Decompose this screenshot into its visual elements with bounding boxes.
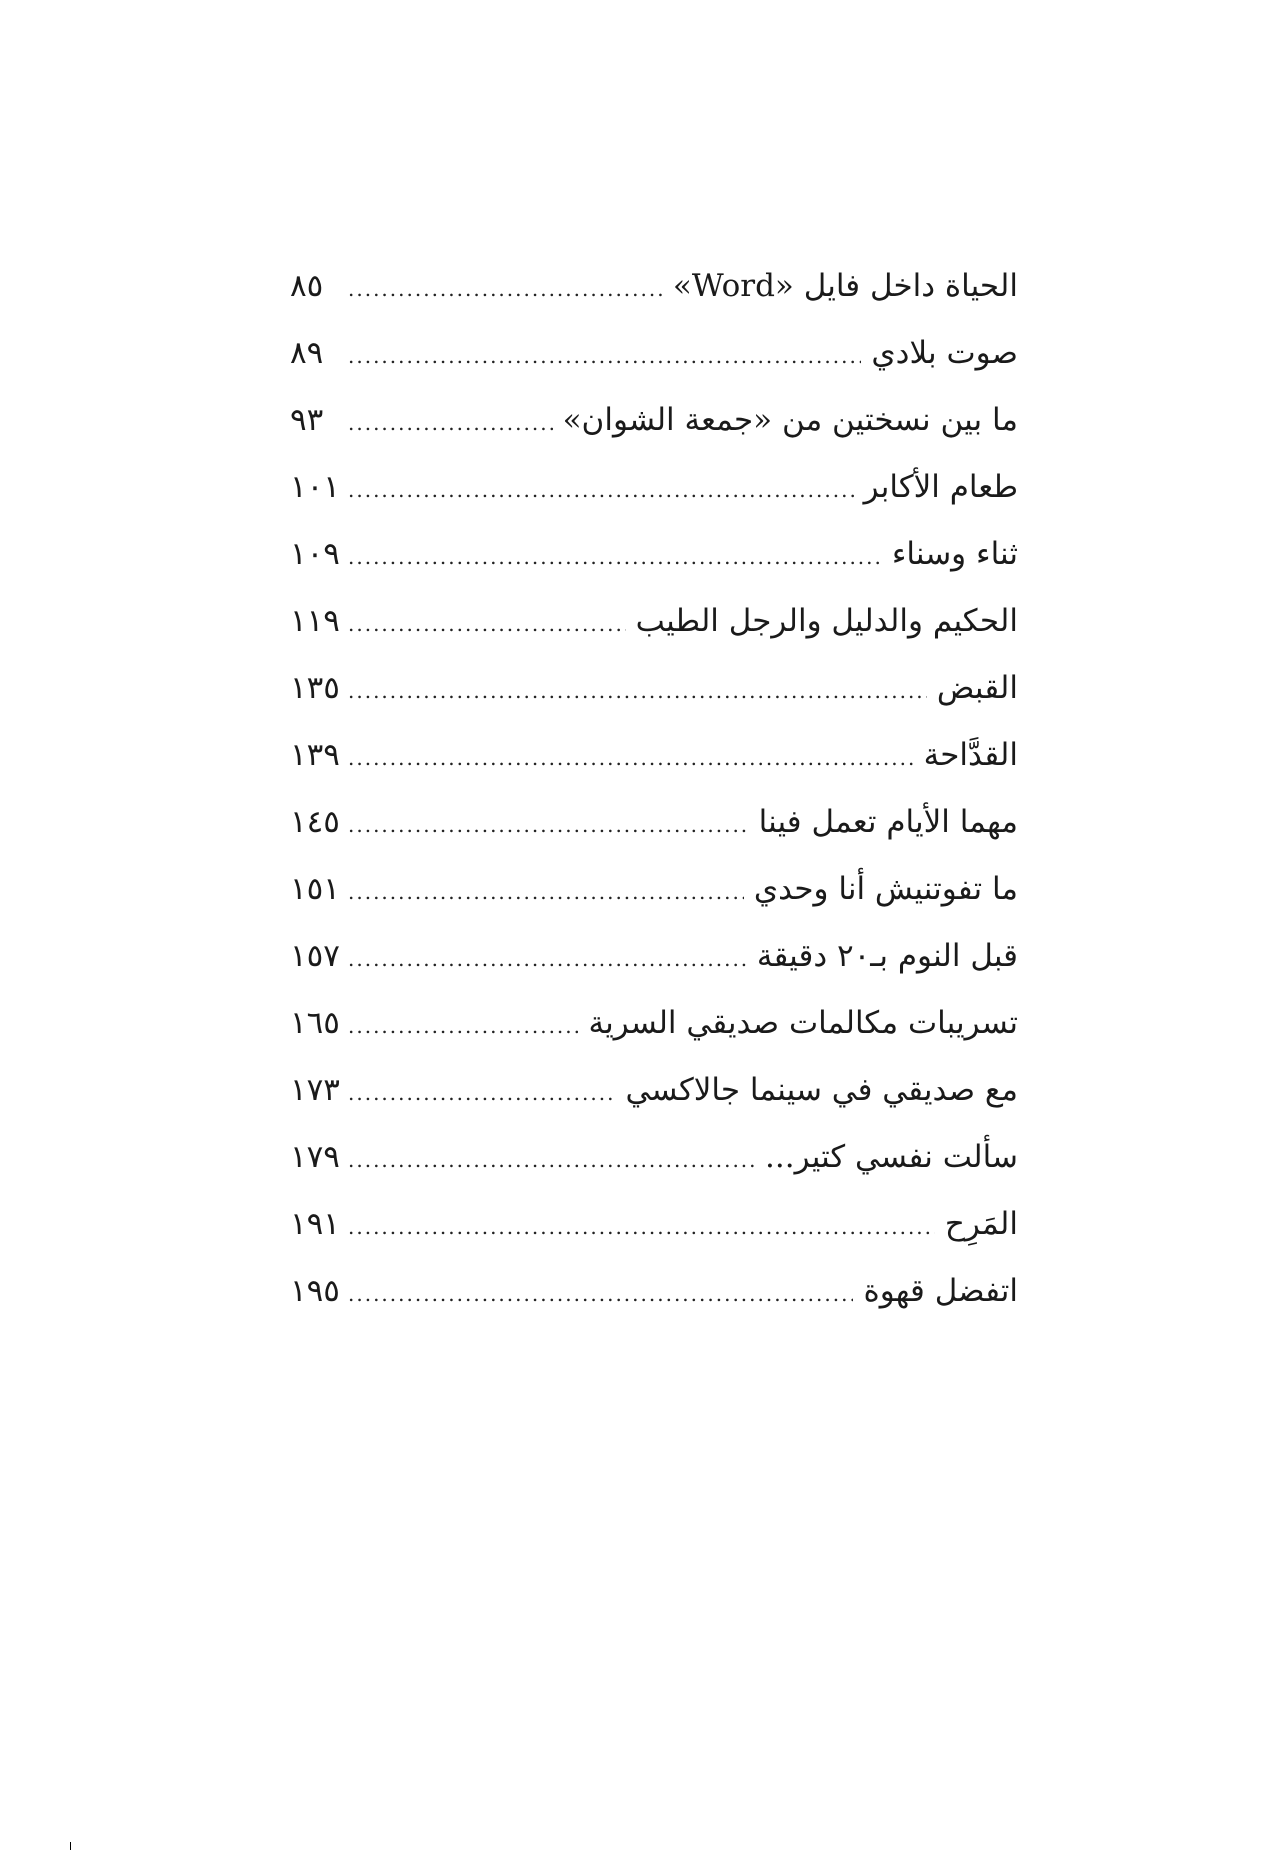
- toc-entry-page: ١٩١: [290, 1194, 342, 1254]
- dot-leader: [348, 661, 927, 721]
- toc-entry-title: ثناء وسناء: [888, 524, 1018, 584]
- dot-leader: [348, 1264, 853, 1324]
- dot-leader: [348, 1063, 615, 1123]
- dot-leader: [348, 460, 854, 520]
- toc-entry-page: ١٥١: [290, 859, 342, 919]
- toc-entry-title: المَرِح: [941, 1194, 1018, 1254]
- dot-leader: [348, 862, 744, 922]
- dot-leader: [348, 795, 749, 855]
- dot-leader: [348, 996, 578, 1056]
- toc-entry-title: مهما الأيام تعمل فينا: [755, 792, 1018, 852]
- toc-entry-title: القبض: [933, 658, 1018, 718]
- dot-leader: [348, 259, 663, 319]
- toc-entry-title: الحكيم والدليل والرجل الطيب: [632, 591, 1018, 651]
- dot-leader: [348, 393, 553, 453]
- toc-entry[interactable]: ما بين نسختين من «جمعة الشوان» ٩٣: [290, 390, 1018, 457]
- toc-entry-page: ١٦٥: [290, 993, 342, 1053]
- toc-entry[interactable]: طعام الأكابر ١٠١: [290, 457, 1018, 524]
- toc-entry-page: ١٧٩: [290, 1127, 342, 1187]
- dot-leader: [348, 527, 882, 587]
- toc-entry[interactable]: مع صديقي في سينما جالاكسي ١٧٣: [290, 1060, 1018, 1127]
- toc-entry[interactable]: قبل النوم بـ٢٠ دقيقة ١٥٧: [290, 926, 1018, 993]
- toc-entry[interactable]: سألت نفسي كتير... ١٧٩: [290, 1127, 1018, 1194]
- toc-entry-page: ١٠٩: [290, 524, 342, 584]
- dot-leader: [348, 728, 914, 788]
- dot-leader: [348, 1130, 755, 1190]
- toc-entry-page: ٩٣: [290, 390, 342, 450]
- toc-entry-title: القدَّاحة: [920, 725, 1018, 785]
- toc-entry-title: تسريبات مكالمات صديقي السرية: [584, 993, 1018, 1053]
- toc-entry[interactable]: ثناء وسناء ١٠٩: [290, 524, 1018, 591]
- toc-entry[interactable]: القدَّاحة ١٣٩: [290, 725, 1018, 792]
- toc-entry-title: قبل النوم بـ٢٠ دقيقة: [753, 926, 1018, 986]
- toc-entry[interactable]: الحكيم والدليل والرجل الطيب ١١٩: [290, 591, 1018, 658]
- dot-leader: [348, 929, 747, 989]
- dot-leader: [348, 1197, 935, 1257]
- toc-entry-title: اتفضل قهوة: [859, 1261, 1018, 1321]
- toc-entry-page: ١٣٩: [290, 725, 342, 785]
- toc-entry-page: ١١٩: [290, 591, 342, 651]
- table-of-contents: الحياة داخل فايل «Word» ٨٥ صوت بلادي ٨٩ …: [290, 256, 1018, 1328]
- toc-entry-page: ١٥٧: [290, 926, 342, 986]
- dot-leader: [348, 594, 626, 654]
- toc-entry[interactable]: صوت بلادي ٨٩: [290, 323, 1018, 390]
- toc-entry[interactable]: اتفضل قهوة ١٩٥: [290, 1261, 1018, 1328]
- toc-entry-title: سألت نفسي كتير...: [761, 1127, 1018, 1187]
- toc-entry-title: صوت بلادي: [867, 323, 1018, 383]
- toc-entry-page: ٨٥: [290, 256, 342, 316]
- toc-entry[interactable]: المَرِح ١٩١: [290, 1194, 1018, 1261]
- toc-entry-title: الحياة داخل فايل «Word»: [669, 256, 1018, 316]
- toc-entry[interactable]: ما تفوتنيش أنا وحدي ١٥١: [290, 859, 1018, 926]
- toc-entry[interactable]: الحياة داخل فايل «Word» ٨٥: [290, 256, 1018, 323]
- toc-entry-page: ١٣٥: [290, 658, 342, 718]
- toc-entry-title: طعام الأكابر: [860, 457, 1018, 517]
- toc-entry-title: مع صديقي في سينما جالاكسي: [621, 1060, 1018, 1120]
- toc-entry[interactable]: مهما الأيام تعمل فينا ١٤٥: [290, 792, 1018, 859]
- toc-entry[interactable]: تسريبات مكالمات صديقي السرية ١٦٥: [290, 993, 1018, 1060]
- toc-entry-page: ١٠١: [290, 457, 342, 517]
- toc-entry-page: ٨٩: [290, 323, 342, 383]
- toc-entry-title: ما تفوتنيش أنا وحدي: [750, 859, 1018, 919]
- dot-leader: [348, 326, 861, 386]
- toc-entry-page: ١٧٣: [290, 1060, 342, 1120]
- crop-mark: [70, 1842, 71, 1850]
- toc-entry-page: ١٤٥: [290, 792, 342, 852]
- toc-entry[interactable]: القبض ١٣٥: [290, 658, 1018, 725]
- toc-entry-page: ١٩٥: [290, 1261, 342, 1321]
- toc-entry-title: ما بين نسختين من «جمعة الشوان»: [559, 390, 1018, 450]
